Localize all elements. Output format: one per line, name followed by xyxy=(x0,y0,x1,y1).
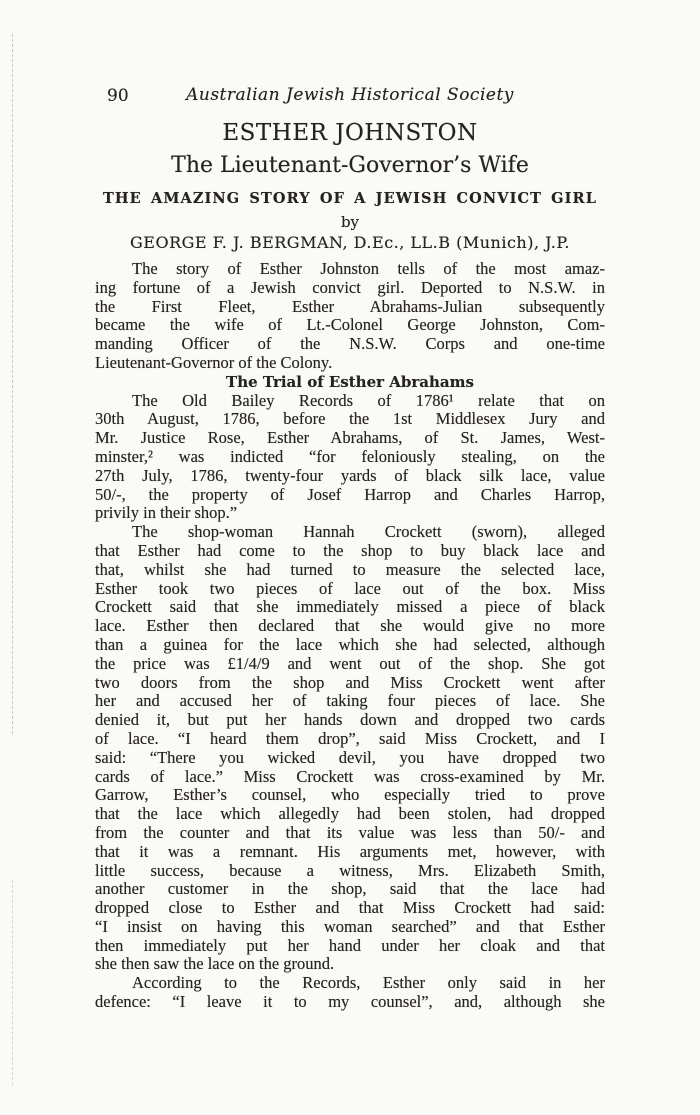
text-line: Crockett said that she immediately misse… xyxy=(95,598,605,617)
paragraph-trial: The Old Bailey Records of 1786¹ relate t… xyxy=(95,392,605,524)
text-line: that the lace which allegedly had been s… xyxy=(95,805,605,824)
text-line: the First Fleet, Esther Abrahams-Julian … xyxy=(95,298,605,317)
paragraph-intro: The story of Esther Johnston tells of th… xyxy=(95,260,605,373)
journal-header: Australian Jewish Historical Society xyxy=(0,85,700,105)
text-line: 30th August, 1786, before the 1st Middle… xyxy=(95,410,605,429)
text-line: The Old Bailey Records of 1786¹ relate t… xyxy=(95,392,605,411)
paragraph-shopwoman: The shop-woman Hannah Crockett (sworn), … xyxy=(95,523,605,974)
byline-prefix: by xyxy=(0,213,700,231)
text-line: she then saw the lace on the ground. xyxy=(95,955,605,974)
text-line: Esther took two pieces of lace out of th… xyxy=(95,580,605,599)
text-line: “I insist on having this woman searched”… xyxy=(95,918,605,937)
text-line: manding Officer of the N.S.W. Corps and … xyxy=(95,335,605,354)
text-line: 50/-, the property of Josef Harrop and C… xyxy=(95,486,605,505)
text-line: Garrow, Esther’s counsel, who especially… xyxy=(95,786,605,805)
article-subtitle: The Lieutenant-Governor’s Wife xyxy=(0,153,700,178)
text-line: said: “There you wicked devil, you have … xyxy=(95,749,605,768)
article-body: The story of Esther Johnston tells of th… xyxy=(95,260,605,1012)
text-line: ing fortune of a Jewish convict girl. De… xyxy=(95,279,605,298)
text-line: dropped close to Esther and that Miss Cr… xyxy=(95,899,605,918)
text-line: two doors from the shop and Miss Crocket… xyxy=(95,674,605,693)
author-name: GEORGE F. J. BERGMAN, D.Ec., LL.B (Munic… xyxy=(0,233,700,252)
text-line: then immediately put her hand under her … xyxy=(95,937,605,956)
article-title: ESTHER JOHNSTON xyxy=(0,120,700,146)
text-line: became the wife of Lt.-Colonel George Jo… xyxy=(95,316,605,335)
binding-artifact-line xyxy=(12,880,13,1085)
text-line: that it was a remnant. His arguments met… xyxy=(95,843,605,862)
text-line: that, whilst she had turned to measure t… xyxy=(95,561,605,580)
text-line: cards of lace.” Miss Crockett was cross-… xyxy=(95,768,605,787)
text-line: lace. Esther then declared that she woul… xyxy=(95,617,605,636)
text-line: The shop-woman Hannah Crockett (sworn), … xyxy=(95,523,605,542)
text-line: her and accused her of taking four piece… xyxy=(95,692,605,711)
text-line: the price was £1/4/9 and went out of the… xyxy=(95,655,605,674)
text-line: denied it, but put her hands down and dr… xyxy=(95,711,605,730)
text-line: Mr. Justice Rose, Esther Abrahams, of St… xyxy=(95,429,605,448)
text-line: privily in their shop.” xyxy=(95,504,605,523)
text-line: The story of Esther Johnston tells of th… xyxy=(95,260,605,279)
text-line: defence: “I leave it to my counsel”, and… xyxy=(95,993,605,1012)
text-line: another customer in the shop, said that … xyxy=(95,880,605,899)
article-tagline: THE AMAZING STORY OF A JEWISH CONVICT GI… xyxy=(0,190,700,207)
text-line: than a guinea for the lace which she had… xyxy=(95,636,605,655)
text-line: that Esther had come to the shop to buy … xyxy=(95,542,605,561)
text-line: minster,² was indicted “for feloniously … xyxy=(95,448,605,467)
text-line: Lieutenant-Governor of the Colony. xyxy=(95,354,605,373)
scanned-document-page: 90 Australian Jewish Historical Society … xyxy=(0,0,700,1115)
text-line: little success, because a witness, Mrs. … xyxy=(95,862,605,881)
text-line: from the counter and that its value was … xyxy=(95,824,605,843)
section-heading: The Trial of Esther Abrahams xyxy=(95,373,605,392)
paragraph-records: According to the Records, Esther only sa… xyxy=(95,974,605,1012)
text-line: According to the Records, Esther only sa… xyxy=(95,974,605,993)
text-line: of lace. “I heard them drop”, said Miss … xyxy=(95,730,605,749)
text-line: 27th July, 1786, twenty-four yards of bl… xyxy=(95,467,605,486)
